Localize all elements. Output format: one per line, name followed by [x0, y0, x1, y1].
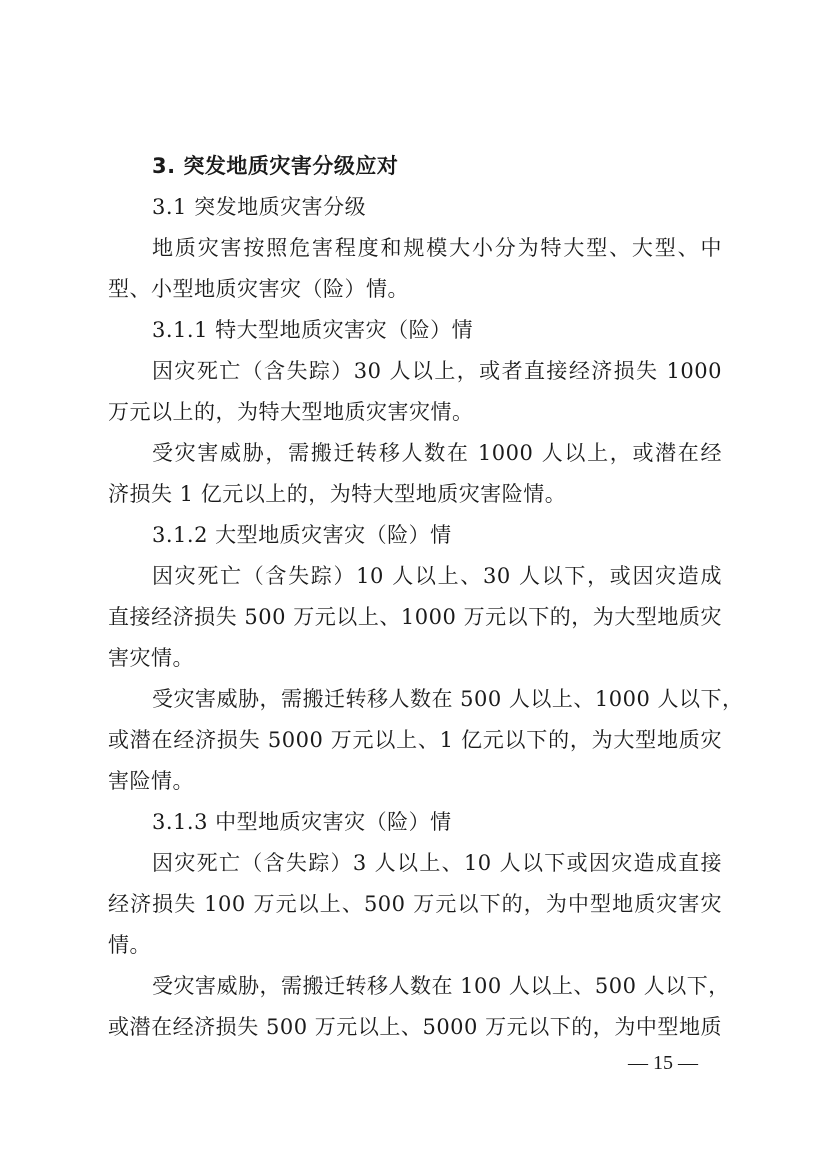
paragraph-line: 情。 [108, 931, 722, 959]
paragraph-line: 因灾死亡（含失踪）3 人以上、10 人以下或因灾造成直接 [152, 849, 722, 877]
paragraph-line: 经济损失 100 万元以上、500 万元以下的，为中型地质灾害灾 [108, 890, 722, 918]
paragraph-line: 受灾害威胁，需搬迁转移人数在 100 人以上、500 人以下， [152, 972, 722, 1000]
paragraph-line: 型、小型地质灾害灾（险）情。 [108, 275, 722, 303]
paragraph-line: 受灾害威胁，需搬迁转移人数在 500 人以上、1000 人以下， [152, 685, 722, 713]
subsection-heading: 3.1 突发地质灾害分级 [152, 193, 722, 221]
page-number: — 15 — [628, 1052, 698, 1075]
paragraph-line: 受灾害威胁，需搬迁转移人数在 1000 人以上，或潜在经 [152, 439, 722, 467]
subsubsection-heading: 3.1.3 中型地质灾害灾（险）情 [152, 808, 722, 836]
subsubsection-heading: 3.1.1 特大型地质灾害灾（险）情 [152, 316, 722, 344]
paragraph-line: 济损失 1 亿元以上的，为特大型地质灾害险情。 [108, 480, 722, 508]
paragraph-line: 因灾死亡（含失踪）10 人以上、30 人以下，或因灾造成 [152, 562, 722, 590]
paragraph-line: 直接经济损失 500 万元以上、1000 万元以下的，为大型地质灾 [108, 603, 722, 631]
section-heading: 3. 突发地质灾害分级应对 [152, 152, 722, 180]
paragraph-line: 害灾情。 [108, 644, 722, 672]
paragraph-line: 地质灾害按照危害程度和规模大小分为特大型、大型、中 [152, 234, 722, 262]
paragraph-line: 或潜在经济损失 500 万元以上、5000 万元以下的，为中型地质 [108, 1013, 722, 1041]
document-page: 3. 突发地质灾害分级应对 3.1 突发地质灾害分级 地质灾害按照危害程度和规模… [0, 0, 826, 1168]
paragraph-line: 因灾死亡（含失踪）30 人以上，或者直接经济损失 1000 [152, 357, 722, 385]
paragraph-line: 害险情。 [108, 767, 722, 795]
subsubsection-heading: 3.1.2 大型地质灾害灾（险）情 [152, 521, 722, 549]
paragraph-line: 或潜在经济损失 5000 万元以上、1 亿元以下的，为大型地质灾 [108, 726, 722, 754]
paragraph-line: 万元以上的，为特大型地质灾害灾情。 [108, 398, 722, 426]
